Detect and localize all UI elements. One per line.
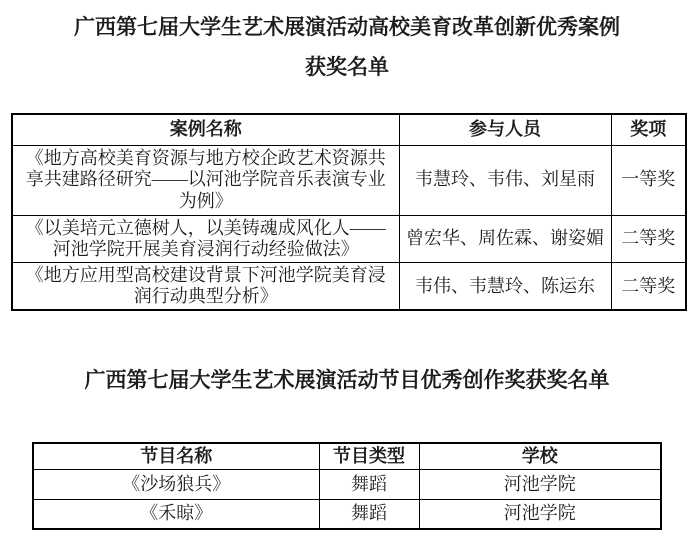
table-header-row: 案例名称 参与人员 奖项 xyxy=(12,114,686,145)
cell-program-type: 舞蹈 xyxy=(319,500,419,529)
col-header-award: 奖项 xyxy=(611,114,686,145)
cell-participants: 曾宏华、周佐霖、谢姿媚 xyxy=(399,215,611,262)
cell-award: 二等奖 xyxy=(611,215,686,262)
table-row: 《地方高校美育资源与地方校企政艺术资源共享共建路径研究——以河池学院音乐表演专业… xyxy=(12,145,686,215)
cell-participants: 韦伟、韦慧玲、陈运东 xyxy=(399,262,611,310)
cell-school: 河池学院 xyxy=(419,500,661,529)
table-row: 《地方应用型高校建设背景下河池学院美育浸润行动典型分析》 韦伟、韦慧玲、陈运东 … xyxy=(12,262,686,310)
section1-title-line2: 获奖名单 xyxy=(0,56,694,79)
table-header-row: 节目名称 节目类型 学校 xyxy=(33,443,661,470)
cell-award: 二等奖 xyxy=(611,262,686,310)
section1-title-line1: 广西第七届大学生艺术展演活动高校美育改革创新优秀案例 xyxy=(0,16,694,39)
col-header-participants: 参与人员 xyxy=(399,114,611,145)
cell-award: 一等奖 xyxy=(611,145,686,215)
col-header-case-name: 案例名称 xyxy=(12,114,399,145)
cell-case-name: 《地方应用型高校建设背景下河池学院美育浸润行动典型分析》 xyxy=(12,262,399,310)
section2-title: 广西第七届大学生艺术展演活动节目优秀创作奖获奖名单 xyxy=(0,369,694,392)
cell-school: 河池学院 xyxy=(419,470,661,500)
cell-program-type: 舞蹈 xyxy=(319,470,419,500)
col-header-program-type: 节目类型 xyxy=(319,443,419,470)
table-row: 《沙场狼兵》 舞蹈 河池学院 xyxy=(33,470,661,500)
cell-program-name: 《沙场狼兵》 xyxy=(33,470,319,500)
col-header-school: 学校 xyxy=(419,443,661,470)
col-header-program-name: 节目名称 xyxy=(33,443,319,470)
creation-awards-table: 节目名称 节目类型 学校 《沙场狼兵》 舞蹈 河池学院 《禾晾》 舞蹈 河池学院 xyxy=(32,442,662,530)
table-row: 《以美培元立德树人，以美铸魂成风化人——河池学院开展美育浸润行动经验做法》 曾宏… xyxy=(12,215,686,262)
cell-case-name: 《以美培元立德树人，以美铸魂成风化人——河池学院开展美育浸润行动经验做法》 xyxy=(12,215,399,262)
cell-program-name: 《禾晾》 xyxy=(33,500,319,529)
cell-participants: 韦慧玲、韦伟、刘星雨 xyxy=(399,145,611,215)
table-row: 《禾晾》 舞蹈 河池学院 xyxy=(33,500,661,529)
cell-case-name: 《地方高校美育资源与地方校企政艺术资源共享共建路径研究——以河池学院音乐表演专业… xyxy=(12,145,399,215)
awards-cases-table: 案例名称 参与人员 奖项 《地方高校美育资源与地方校企政艺术资源共享共建路径研究… xyxy=(11,113,687,311)
